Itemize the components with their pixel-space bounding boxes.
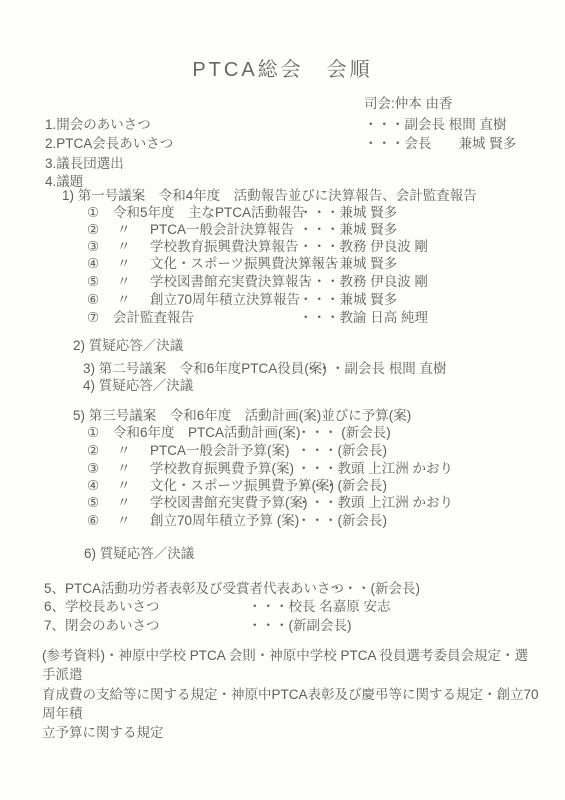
item-label: 学校教育振興費決算報告 xyxy=(150,239,299,254)
item-number: ④ xyxy=(87,255,117,272)
agenda-subitem: ⑥〃創立70周年積立決算報告 ・・・兼城 賢多 xyxy=(0,291,565,308)
item-label: 6) 質疑応答／決議 xyxy=(84,546,194,561)
agenda-subitem: ④〃文化・スポーツ振興費決算報告 ・・・兼城 賢多 xyxy=(0,255,565,272)
item-label: 6、学校長あいさつ xyxy=(44,599,160,614)
document-title: PTCA総会 会順 xyxy=(0,53,565,82)
attribution: ・・・兼城 賢多 xyxy=(299,291,397,308)
reference-note-line: 立予算に関する規定 xyxy=(42,723,540,742)
ditto-mark: 〃 xyxy=(117,238,150,255)
item-label: 創立70周年積立決算報告 xyxy=(150,292,300,307)
agenda-subitem: ④〃文化・スポーツ振興費予算(案) ・・・(新会長) xyxy=(0,477,565,494)
attribution: ・・・兼城 賢多 xyxy=(299,221,397,238)
attribution: ・・・(新副会長) xyxy=(248,617,352,634)
agenda-subitem: ③〃学校教育振興費決算報告 ・・・教務 伊良波 剛 xyxy=(0,238,565,255)
attribution: ・・・教頭 上江洲 かおり xyxy=(297,460,453,477)
moderator-label: 司会:仲本 由香 xyxy=(364,96,453,111)
attribution: ・・・(新会長) xyxy=(297,442,387,459)
item-label: 2) 質疑応答／決議 xyxy=(73,338,183,353)
item-number: ⑥ xyxy=(87,512,117,529)
item-label: 5) 第三号議案 令和6年度 活動計画(案)並びに予算(案) xyxy=(73,408,411,423)
agenda-item-chair-election: 3.議長団選出 xyxy=(0,155,565,172)
reference-note-line: 育成費の支給等に関する規定・神原中PTCA表彰及び慶弔等に関する規定・創立70周… xyxy=(42,685,540,724)
attribution: ・・・校長 名嘉原 安志 xyxy=(248,598,391,615)
qa-vote-line: 6) 質疑応答／決議 xyxy=(0,545,565,562)
item-label: 3.議長団選出 xyxy=(45,156,124,171)
item-label: 令和5年度 主なPTCA活動報告 xyxy=(113,205,305,220)
item-label: 学校図書館充実費予算(案) xyxy=(150,495,308,510)
attribution: ・・・副会長 根間 直樹 xyxy=(304,360,447,377)
ditto-mark: 〃 xyxy=(117,255,150,272)
attribution: ・・・会長 兼城 賢多 xyxy=(364,135,516,152)
agenda-item-opening: 1.開会のあいさつ ・・・副会長 根間 直樹 xyxy=(0,116,565,133)
attribution: ・・・(新会長) xyxy=(297,512,387,529)
attribution: ・・・教頭 上江洲 かおり xyxy=(297,494,453,511)
attribution: ・・・副会長 根間 直樹 xyxy=(364,116,507,133)
agenda-subitem: ⑤〃学校図書館充実費予算(案) ・・・教頭 上江洲 かおり xyxy=(0,494,565,511)
item-label: 学校教育振興費予算(案) xyxy=(150,461,294,476)
agenda-item-principal-greeting: 6、学校長あいさつ ・・・校長 名嘉原 安志 xyxy=(0,598,565,615)
moderator-line: 司会:仲本 由香 xyxy=(0,95,565,112)
item-number: ② xyxy=(87,442,117,459)
scanned-page: { "title": "PTCA総会 会順", "moderator": "司会… xyxy=(0,0,565,800)
attribution: ・・・兼城 賢多 xyxy=(299,255,397,272)
agenda-subitem: ⑦会計監査報告 ・・・教諭 日高 純理 xyxy=(0,309,565,326)
item-label: 4) 質疑応答／決議 xyxy=(83,378,193,393)
agenda-subitem: ①令和5年度 主なPTCA活動報告 ・・・兼城 賢多 xyxy=(0,204,565,221)
item-label: 令和6年度 PTCA活動計画(案) xyxy=(113,425,301,440)
agenda-subitem: ①令和6年度 PTCA活動計画(案) ・・・ (新会長) xyxy=(0,424,565,441)
item-number: ① xyxy=(87,204,113,221)
item-label: 5、PTCA活動功労者表彰及び受賞者代表あいさつ xyxy=(44,581,344,596)
attribution: ・・・(新会長) xyxy=(297,477,387,494)
attribution: ・・・教務 伊良波 剛 xyxy=(299,238,428,255)
qa-vote-line: 2) 質疑応答／決議 xyxy=(0,337,565,354)
item-number: ② xyxy=(87,221,117,238)
ditto-mark: 〃 xyxy=(117,477,150,494)
attribution: ・・・教諭 日高 純理 xyxy=(299,309,428,326)
ditto-mark: 〃 xyxy=(117,273,150,290)
agenda-subitem: ⑤〃学校図書館充実費決算報告 ・・・教務 伊良波 剛 xyxy=(0,273,565,290)
item-label: 会計監査報告 xyxy=(113,310,194,325)
agenda-item-closing: 7、閉会のあいさつ ・・・(新副会長) xyxy=(0,617,565,634)
qa-vote-line: 4) 質疑応答／決議 xyxy=(0,377,565,394)
reference-note-line: (参考資料)・神原中学校 PTCA 会則・神原中学校 PTCA 役員選考委員会規… xyxy=(42,646,540,685)
ditto-mark: 〃 xyxy=(117,291,150,308)
item-label: PTCA一般会計予算(案) xyxy=(150,443,290,458)
item-number: ③ xyxy=(87,238,117,255)
item-label: 1.開会のあいさつ xyxy=(45,117,151,132)
item-number: ⑥ xyxy=(87,291,117,308)
agenda-subitem: ⑥〃創立70周年積立予算 (案) ・・・(新会長) xyxy=(0,512,565,529)
item-label: 学校図書館充実費決算報告 xyxy=(150,274,312,289)
ditto-mark: 〃 xyxy=(117,442,150,459)
item-number: ① xyxy=(87,424,113,441)
attribution: ・・・兼城 賢多 xyxy=(299,204,397,221)
item-label: 7、閉会のあいさつ xyxy=(44,618,160,633)
item-number: ④ xyxy=(87,477,117,494)
proposal-2-heading: 3) 第二号議案 令和6年度PTCA役員(案) ・・・副会長 根間 直樹 xyxy=(0,360,565,377)
item-number: ⑤ xyxy=(87,494,117,511)
item-number: ③ xyxy=(87,460,117,477)
proposal-3-heading: 5) 第三号議案 令和6年度 活動計画(案)並びに予算(案) xyxy=(0,407,565,424)
item-number: ⑦ xyxy=(87,309,113,326)
attribution: ・・・ (新会長) xyxy=(297,424,391,441)
agenda-subitem: ③〃学校教育振興費予算(案) ・・・教頭 上江洲 かおり xyxy=(0,460,565,477)
item-label: 2.PTCA会長あいさつ xyxy=(45,136,173,151)
attribution: ・・・(新会長) xyxy=(330,580,420,597)
ditto-mark: 〃 xyxy=(117,221,150,238)
item-label: 創立70周年積立予算 (案) xyxy=(150,513,299,528)
reference-note: (参考資料)・神原中学校 PTCA 会則・神原中学校 PTCA 役員選考委員会規… xyxy=(42,646,540,742)
agenda-subitem: ②〃PTCA一般会計決算報告 ・・・兼城 賢多 xyxy=(0,221,565,238)
item-number: ⑤ xyxy=(87,273,117,290)
attribution: ・・・教務 伊良波 剛 xyxy=(299,273,428,290)
agenda-item-president-greeting: 2.PTCA会長あいさつ ・・・会長 兼城 賢多 xyxy=(0,135,565,152)
item-label: PTCA一般会計決算報告 xyxy=(150,222,294,237)
ditto-mark: 〃 xyxy=(117,460,150,477)
item-label: 1) 第一号議案 令和4年度 活動報告並びに決算報告、会計監査報告 xyxy=(62,188,477,203)
agenda-item-commendation: 5、PTCA活動功労者表彰及び受賞者代表あいさつ ・・・(新会長) xyxy=(0,580,565,597)
ditto-mark: 〃 xyxy=(117,494,150,511)
document: PTCA総会 会順 司会:仲本 由香 1.開会のあいさつ ・・・副会長 根間 直… xyxy=(0,0,565,800)
agenda-subitem: ②〃PTCA一般会計予算(案) ・・・(新会長) xyxy=(0,442,565,459)
item-label: 3) 第二号議案 令和6年度PTCA役員(案) xyxy=(83,361,327,376)
proposal-1-heading: 1) 第一号議案 令和4年度 活動報告並びに決算報告、会計監査報告 xyxy=(0,187,565,204)
ditto-mark: 〃 xyxy=(117,512,150,529)
